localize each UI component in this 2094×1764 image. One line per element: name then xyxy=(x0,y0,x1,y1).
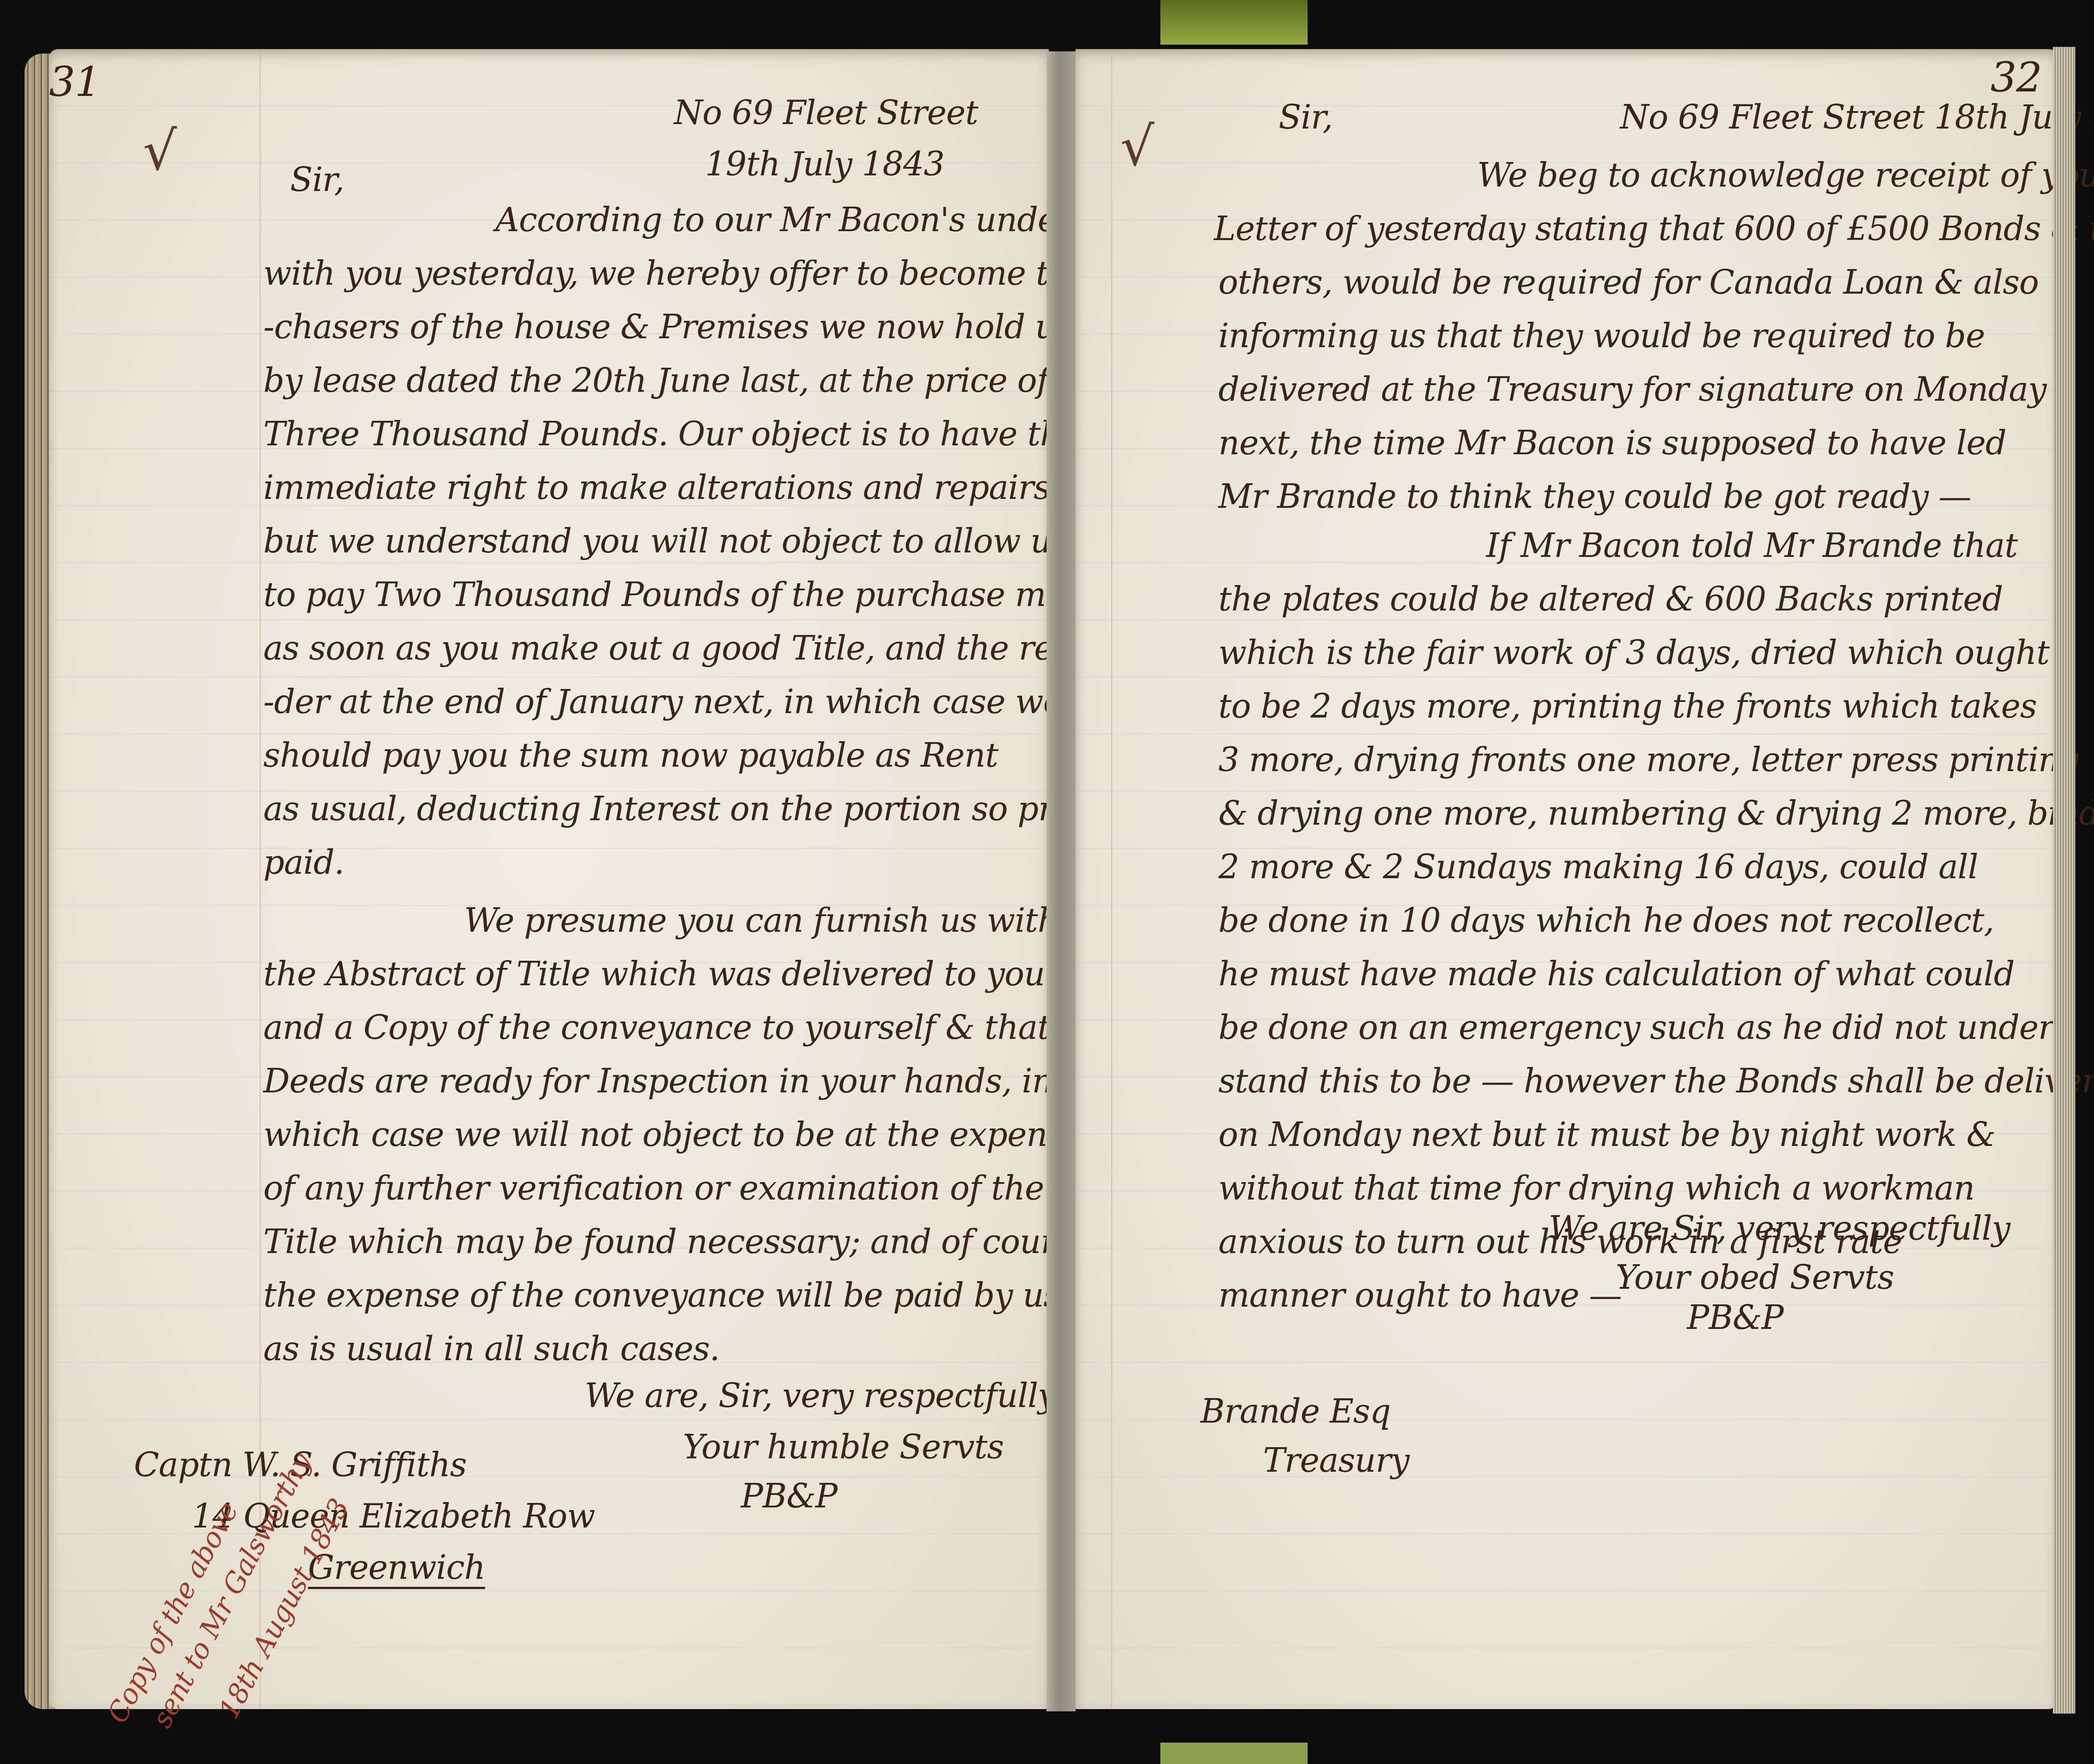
body-line: Mr Brande to think they could be got rea… xyxy=(1218,477,1971,516)
body-line: should pay you the sum now payable as Re… xyxy=(263,736,998,775)
body-line: of any further verification or examinati… xyxy=(263,1169,1044,1208)
body-line: be done in 10 days which he does not rec… xyxy=(1218,901,1994,940)
body-line: and a Copy of the conveyance to yourself… xyxy=(263,1009,1113,1047)
right-page-edge xyxy=(2053,47,2075,1714)
body-line: stand this to be — however the Bonds sha… xyxy=(1218,1062,2094,1100)
body-line: to be 2 days more, printing the fronts w… xyxy=(1218,687,2037,726)
address-date: No 69 Fleet Street 18th July 1843. xyxy=(1620,98,2094,137)
page-number: 32 xyxy=(1990,54,2042,101)
signature: PB&P xyxy=(741,1477,837,1515)
page-number: 31 xyxy=(49,58,100,106)
closing-servants: Your obed Servts xyxy=(1616,1258,1894,1297)
addressee-place: Treasury xyxy=(1263,1441,1409,1480)
body-line: manner ought to have — xyxy=(1218,1276,1622,1315)
signature: PB&P xyxy=(1687,1299,1783,1337)
body-line: Deeds are ready for Inspection in your h… xyxy=(263,1062,1053,1100)
salutation: Sir, xyxy=(1279,98,1333,137)
left-page: 31 √ No 69 Fleet Street 19th July 1843 S… xyxy=(49,49,1049,1709)
body-line: delivered at the Treasury for signature … xyxy=(1218,370,2046,409)
closing: We are, Sir, very respectfully xyxy=(585,1377,1056,1415)
body-line: by lease dated the 20th June last, at th… xyxy=(263,361,1048,400)
body-line: which is the fair work of 3 days, dried … xyxy=(1218,634,2049,672)
body-line: 2 more & 2 Sundays making 16 days, could… xyxy=(1218,848,1978,886)
salutation: Sir, xyxy=(290,161,344,199)
body-line: next, the time Mr Bacon is supposed to h… xyxy=(1218,424,2006,462)
body-line: as is usual in all such cases. xyxy=(263,1330,719,1368)
body-line: If Mr Bacon told Mr Brande that xyxy=(1486,527,2017,565)
body-line: -der at the end of January next, in whic… xyxy=(263,683,1062,721)
body-line: immediate right to make alterations and … xyxy=(263,469,1050,507)
margin-rule xyxy=(1111,49,1112,1709)
body-line: he must have made his calculation of wha… xyxy=(1218,955,2015,993)
body-line: paid. xyxy=(263,843,344,882)
body-line: but we understand you will not object to… xyxy=(263,522,1068,560)
body-line: Three Thousand Pounds. Our object is to … xyxy=(263,415,1080,453)
body-line: the expense of the conveyance will be pa… xyxy=(263,1276,1060,1315)
body-line: as soon as you make out a good Title, an… xyxy=(263,629,1145,668)
body-line: the Abstract of Title which was delivere… xyxy=(263,955,1045,993)
body-line: others, would be required for Canada Loa… xyxy=(1218,263,2039,302)
body-line: We beg to acknowledge receipt of your xyxy=(1477,156,2094,195)
body-line: without that time for drying which a wor… xyxy=(1218,1169,1974,1208)
letter-date: 19th July 1843 xyxy=(705,145,944,183)
address-heading: No 69 Fleet Street xyxy=(674,94,978,132)
check-mark-icon: √ xyxy=(143,120,176,183)
body-line: We presume you can furnish us with xyxy=(464,901,1059,940)
body-line: Title which may be found necessary; and … xyxy=(263,1223,1092,1261)
body-line: According to our Mr Bacon's understan xyxy=(495,201,1142,239)
closing-servants: Your humble Servts xyxy=(683,1428,1004,1466)
body-line: which case we will not object to be at t… xyxy=(263,1116,1083,1154)
right-page: 32 √ Sir, No 69 Fleet Street 18th July 1… xyxy=(1076,49,2057,1709)
body-line: 3 more, drying fronts one more, letter p… xyxy=(1218,741,2080,779)
body-line: the plates could be altered & 600 Backs … xyxy=(1218,580,2003,618)
closing: We are Sir, very respectfully xyxy=(1549,1209,2010,1248)
body-line: on Monday next but it must be by night w… xyxy=(1218,1116,1995,1154)
book-gutter xyxy=(1047,51,1076,1711)
bookmark-ribbon-top xyxy=(1160,0,1308,45)
addressee-name: Brande Esq xyxy=(1201,1392,1391,1431)
body-line: to pay Two Thousand Pounds of the purcha… xyxy=(263,576,1123,614)
body-line: informing us that they would be required… xyxy=(1218,317,1985,355)
check-mark-icon: √ xyxy=(1120,116,1154,178)
addressee-town: Greenwich xyxy=(308,1548,485,1589)
body-line: Letter of yesterday stating that 600 of … xyxy=(1214,210,2094,248)
body-line: be done on an emergency such as he did n… xyxy=(1218,1009,2064,1047)
body-line: with you yesterday, we hereby offer to b… xyxy=(263,254,1166,293)
bookmark-ribbon-bottom xyxy=(1160,1743,1308,1764)
body-line: & drying one more, numbering & drying 2 … xyxy=(1218,794,2094,833)
